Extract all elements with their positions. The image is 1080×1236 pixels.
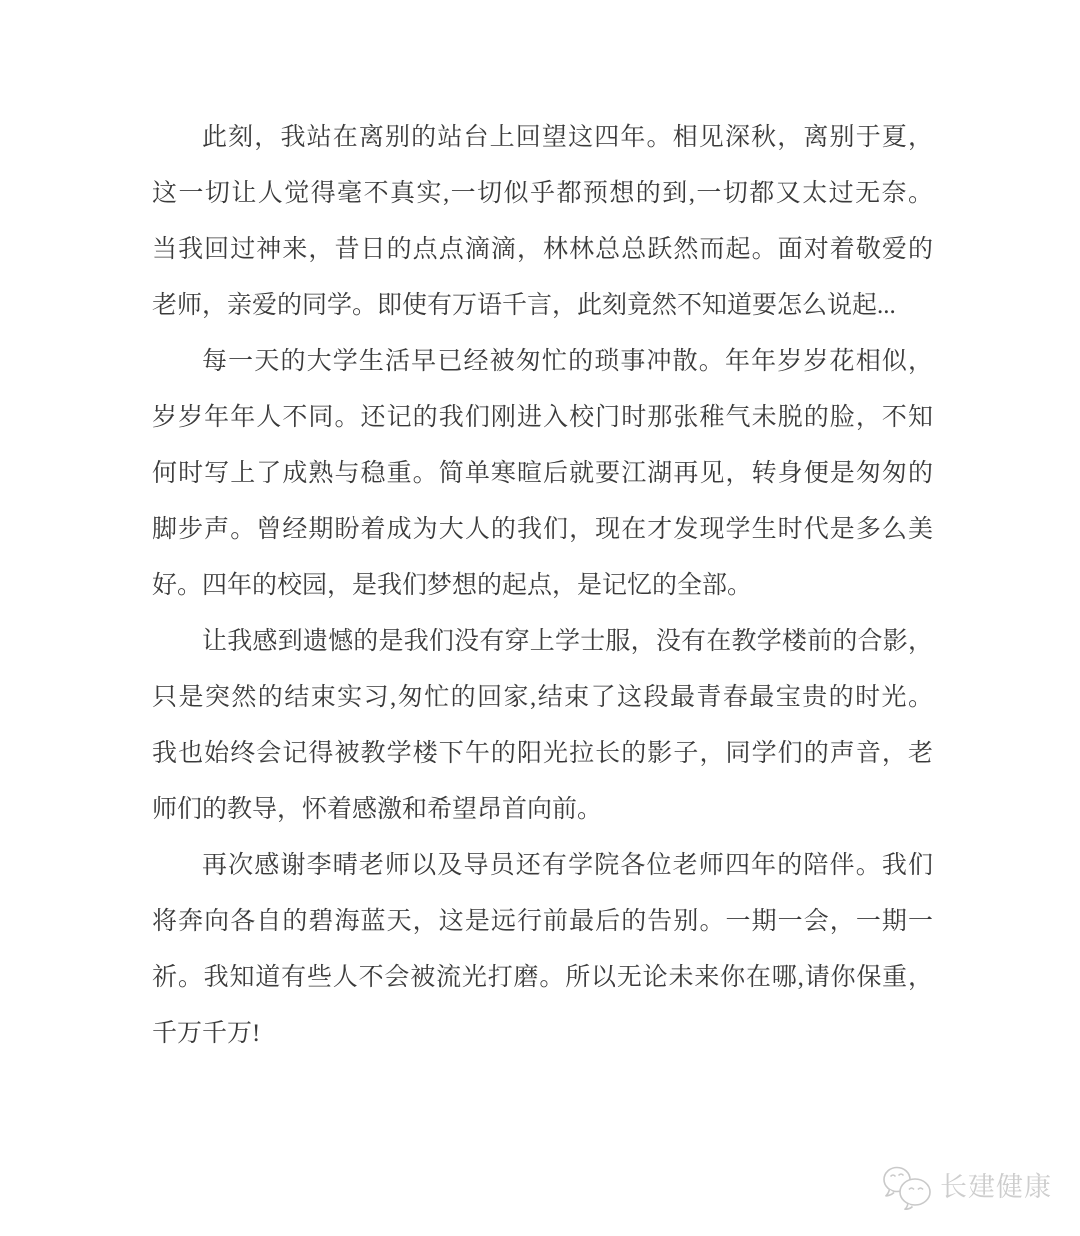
text-line: 每一天的大学生活早已经被匆忙的琐事冲散。年年岁岁花相似， (152, 334, 933, 390)
paragraph: 让我感到遗憾的是我们没有穿上学士服，没有在教学楼前的合影，只是突然的结束实习,匆… (152, 614, 933, 838)
text-line: 老师，亲爱的同学。即使有万语千言，此刻竟然不知道要怎么说起... (152, 278, 933, 334)
text-line: 我也始终会记得被教学楼下午的阳光拉长的影子，同学们的声音，老 (152, 726, 933, 782)
watermark: 长建健康 (880, 1164, 1052, 1210)
text-line: 此刻，我站在离别的站台上回望这四年。相见深秋，离别于夏， (152, 110, 933, 166)
text-line: 千万千万! (152, 1006, 933, 1062)
text-line: 这一切让人觉得毫不真实,一切似乎都预想的到,一切都又太过无奈。 (152, 166, 933, 222)
watermark-label: 长建健康 (940, 1164, 1052, 1210)
text-line: 让我感到遗憾的是我们没有穿上学士服，没有在教学楼前的合影， (152, 614, 933, 670)
text-line: 好。四年的校园，是我们梦想的起点，是记忆的全部。 (152, 558, 933, 614)
text-line: 当我回过神来，昔日的点点滴滴，林林总总跃然而起。面对着敬爱的 (152, 222, 933, 278)
wechat-logo-icon (880, 1164, 934, 1210)
text-line: 岁岁年年人不同。还记的我们刚进入校门时那张稚气未脱的脸，不知 (152, 390, 933, 446)
text-line: 再次感谢李晴老师以及导员还有学院各位老师四年的陪伴。我们 (152, 838, 933, 894)
paragraph: 再次感谢李晴老师以及导员还有学院各位老师四年的陪伴。我们将奔向各自的碧海蓝天，这… (152, 838, 933, 1062)
text-line: 脚步声。曾经期盼着成为大人的我们，现在才发现学生时代是多么美 (152, 502, 933, 558)
text-line: 师们的教导，怀着感激和希望昂首向前。 (152, 782, 933, 838)
text-line: 祈。我知道有些人不会被流光打磨。所以无论未来你在哪,请你保重， (152, 950, 933, 1006)
paragraph: 每一天的大学生活早已经被匆忙的琐事冲散。年年岁岁花相似，岁岁年年人不同。还记的我… (152, 334, 933, 614)
text-line: 只是突然的结束实习,匆忙的回家,结束了这段最青春最宝贵的时光。 (152, 670, 933, 726)
text-line: 将奔向各自的碧海蓝天，这是远行前最后的告别。一期一会，一期一 (152, 894, 933, 950)
text-line: 何时写上了成熟与稳重。简单寒暄后就要江湖再见，转身便是匆匆的 (152, 446, 933, 502)
paragraph: 此刻，我站在离别的站台上回望这四年。相见深秋，离别于夏，这一切让人觉得毫不真实,… (152, 110, 933, 334)
article-body: 此刻，我站在离别的站台上回望这四年。相见深秋，离别于夏，这一切让人觉得毫不真实,… (152, 110, 933, 1062)
